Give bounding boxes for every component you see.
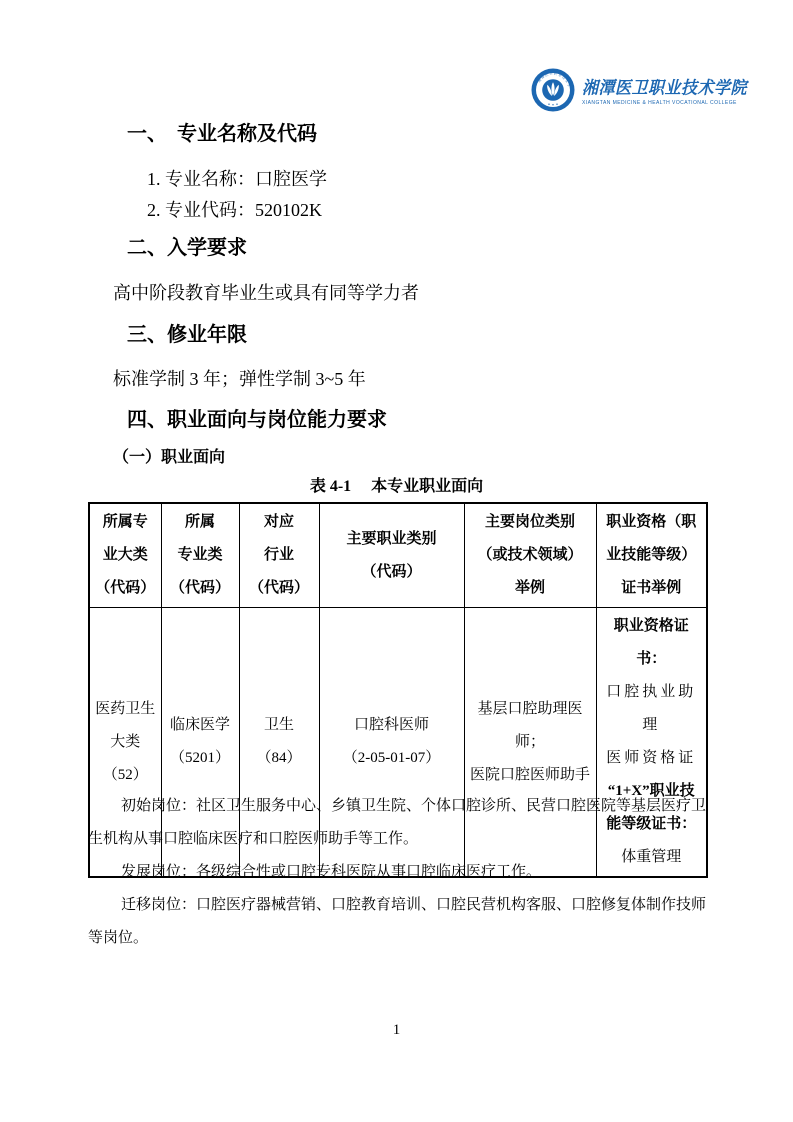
major-code-item: 2. 专业代码：520102K	[147, 197, 322, 223]
admission-requirement-text: 高中阶段教育毕业生或具有同等学力者	[113, 280, 419, 306]
section-4-heading: 四、职业面向与岗位能力要求	[127, 406, 387, 434]
college-emblem-icon: 湘潭医卫职业技术学院	[531, 68, 575, 112]
table-caption: 表 4-1 本专业职业面向	[0, 476, 793, 498]
header-certificates: 职业资格（职 业技能等级） 证书举例	[596, 503, 707, 608]
header-positions: 主要岗位类别 （或技术领域） 举例	[464, 503, 596, 608]
page-number: 1	[0, 1020, 793, 1040]
table-header-row: 所属专 业大类 （代码） 所属 专业类 （代码） 对应 行业 （代码） 主要职业…	[89, 503, 707, 608]
header-major-class: 所属 专业类 （代码）	[161, 503, 239, 608]
header-occupation: 主要职业类别 （代码）	[319, 503, 464, 608]
cert-qualification-text: 口腔执业助理 医师资格证	[600, 676, 704, 775]
transfer-positions-paragraph: 迁移岗位：口腔医疗器械营销、口腔教育培训、口腔民营机构客服、口腔修复体制作技师等…	[88, 889, 706, 955]
job-description-paragraphs: 初始岗位：社区卫生服务中心、乡镇卫生院、个体口腔诊所、民营口腔医院等基层医疗卫生…	[88, 790, 706, 955]
header-major-group: 所属专 业大类 （代码）	[89, 503, 161, 608]
major-name-item: 1. 专业名称：口腔医学	[147, 166, 327, 192]
subsection-4-1-heading: （一）职业面向	[113, 446, 225, 470]
section-3-heading: 三、修业年限	[127, 321, 247, 349]
college-name-en: XIANGTAN MEDICINE & HEALTH VOCATIONAL CO…	[582, 100, 747, 106]
development-positions-paragraph: 发展岗位：各级综合性或口腔专科医院从事口腔临床医疗工作。	[88, 856, 706, 889]
college-name-zh: 湘潭医卫职业技术学院	[582, 74, 747, 99]
cert-qualification-label: 职业资格证书：	[600, 610, 704, 676]
initial-positions-paragraph: 初始岗位：社区卫生服务中心、乡镇卫生院、个体口腔诊所、民营口腔医院等基层医疗卫生…	[88, 790, 706, 856]
study-period-text: 标准学制 3 年；弹性学制 3~5 年	[113, 366, 366, 392]
header-industry: 对应 行业 （代码）	[239, 503, 319, 608]
section-2-heading: 二、入学要求	[127, 234, 247, 262]
section-1-heading: 一、 专业名称及代码	[127, 120, 317, 148]
college-logo: 湘潭医卫职业技术学院 湘潭医卫职业技术学院 XIANGTAN MEDICINE …	[531, 68, 747, 112]
